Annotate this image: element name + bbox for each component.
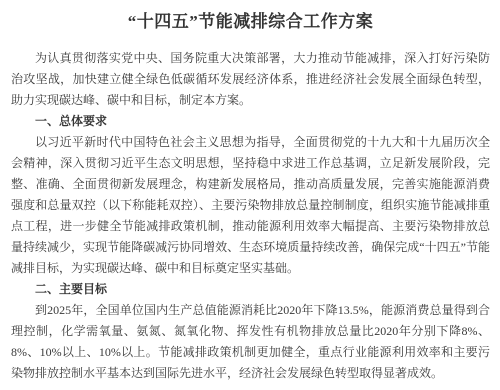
section-heading-overall-requirements: 一、总体要求: [11, 111, 490, 132]
document-title: “十四五”节能减排综合工作方案: [11, 11, 490, 33]
section-heading-main-goals: 二、主要目标: [11, 279, 490, 300]
paragraph-preamble: 为认真贯彻落实党中央、国务院重大决策部署，大力推动节能减排，深入打好污染防治攻坚…: [11, 48, 490, 111]
paragraph-main-goals: 到2025年，全国单位国内生产总值能源消耗比2020年下降13.5%，能源消费总…: [11, 300, 490, 384]
document-body: 为认真贯彻落实党中央、国务院重大决策部署，大力推动节能减排，深入打好污染防治攻坚…: [11, 48, 490, 384]
document-page: “十四五”节能减排综合工作方案 为认真贯彻落实党中央、国务院重大决策部署，大力推…: [0, 0, 500, 390]
paragraph-overall-requirements: 以习近平新时代中国特色社会主义思想为指导，全面贯彻党的十九大和十九届历次全会精神…: [11, 132, 490, 279]
